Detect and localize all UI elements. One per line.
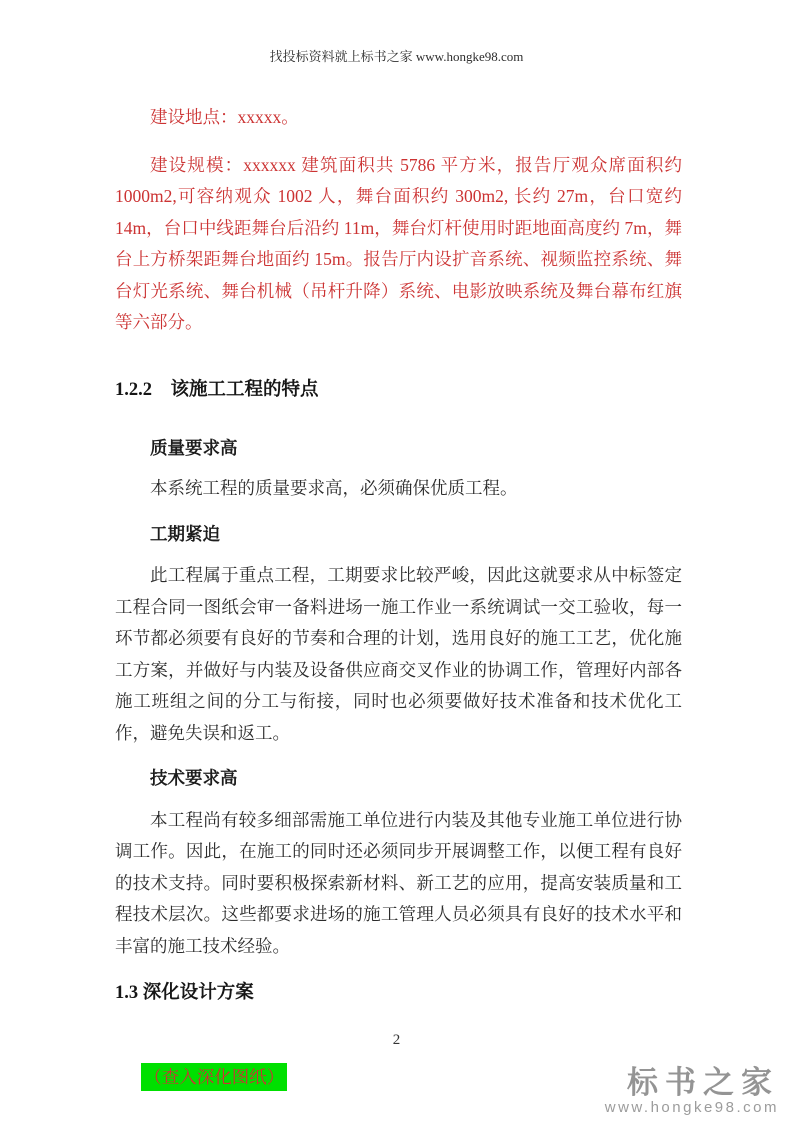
document-page: 找投标资料就上标书之家 www.hongke98.com 建设地点：xxxxx。… <box>0 0 793 1122</box>
document-body: 建设地点：xxxxx。 建设规模：xxxxxx 建筑面积共 5786 平方米，报… <box>115 102 682 1122</box>
drawing-insert-highlight: （查入深化图纸） <box>141 1063 287 1091</box>
heading-1-3-deepened-design: 1.3 深化设计方案 <box>115 980 682 1006</box>
subheading-quality-requirement: 质量要求高 <box>115 433 682 465</box>
paragraph-construction-location: 建设地点：xxxxx。 <box>115 102 682 134</box>
watermark: 标书之家 www.hongke98.com <box>605 1068 779 1118</box>
subheading-tight-schedule: 工期紧迫 <box>115 519 682 551</box>
watermark-logo-text: 标书之家 <box>605 1068 779 1098</box>
paragraph-tight-schedule: 此工程属于重点工程，工期要求比较严峻，因此这就要求从中标签定工程合同一图纸会审一… <box>115 560 682 749</box>
page-number: 2 <box>0 1032 793 1049</box>
watermark-url-text: www.hongke98.com <box>605 1098 779 1118</box>
paragraph-high-technical-requirement: 本工程尚有较多细部需施工单位进行内装及其他专业施工单位进行协调工作。因此，在施工… <box>115 805 682 963</box>
paragraph-quality-requirement: 本系统工程的质量要求高，必须确保优质工程。 <box>115 473 682 505</box>
heading-1-2-2-project-features: 1.2.2 该施工工程的特点 <box>115 377 682 403</box>
header-promo-text: 找投标资料就上标书之家 www.hongke98.com <box>0 46 793 65</box>
subheading-high-technical-requirement: 技术要求高 <box>115 763 682 795</box>
paragraph-construction-scale: 建设规模：xxxxxx 建筑面积共 5786 平方米，报告厅观众席面积约 100… <box>115 150 682 339</box>
